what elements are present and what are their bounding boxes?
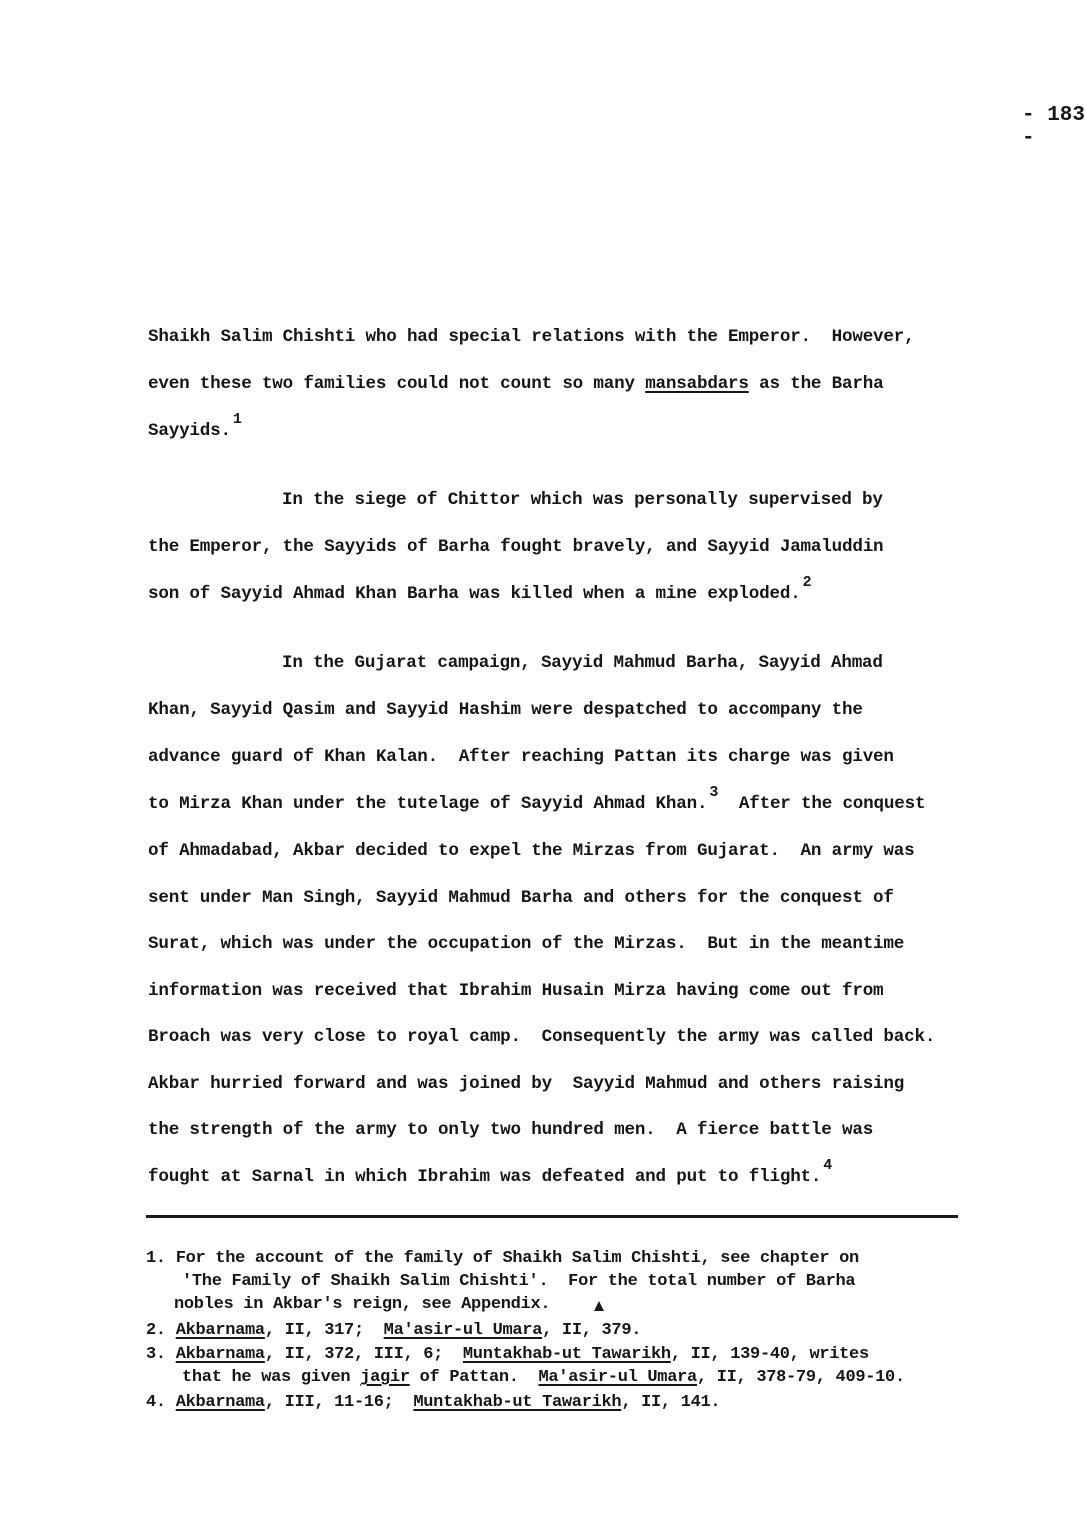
footnote-4: 4. Akbarnama, III, 11-16; Muntakhab-ut T… bbox=[146, 1394, 720, 1411]
footnote-3: 3. Akbarnama, II, 372, III, 6; Muntakhab… bbox=[146, 1346, 869, 1363]
body-line: advance guard of Khan Kalan. After reach… bbox=[148, 749, 894, 767]
source-title: Akbarnama bbox=[176, 1321, 265, 1340]
source-title: Akbarnama bbox=[176, 1393, 265, 1412]
footnote-marker: 2 bbox=[803, 574, 812, 591]
body-line: the Emperor, the Sayyids of Barha fought… bbox=[148, 539, 883, 557]
footnote-1: 1. For the account of the family of Shai… bbox=[146, 1250, 859, 1267]
footnote-1-cont: 'The Family of Shaikh Salim Chishti'. Fo… bbox=[182, 1273, 855, 1290]
footnote-marker: 4 bbox=[823, 1157, 832, 1174]
text: son of Sayyid Ahmad Khan Barha was kille… bbox=[148, 584, 801, 604]
footnote-marker: 1 bbox=[233, 411, 242, 428]
body-line: sent under Man Singh, Sayyid Mahmud Barh… bbox=[148, 890, 894, 908]
text: , II, 379. bbox=[542, 1321, 641, 1340]
body-line: Akbar hurried forward and was joined by … bbox=[148, 1076, 904, 1094]
footnote-2: 2. Akbarnama, II, 317; Ma'asir-ul Umara,… bbox=[146, 1322, 641, 1339]
body-line: to Mirza Khan under the tutelage of Sayy… bbox=[148, 796, 925, 814]
body-line: the strength of the army to only two hun… bbox=[148, 1122, 873, 1140]
source-title: Muntakhab-ut Tawarikh bbox=[463, 1345, 671, 1364]
body-line: of Ahmadabad, Akbar decided to expel the… bbox=[148, 843, 915, 861]
body-line: Surat, which was under the occupation of… bbox=[148, 936, 904, 954]
source-title: Ma'asir-ul Umara bbox=[384, 1321, 542, 1340]
text: , II, 141. bbox=[621, 1393, 720, 1412]
text: , III, 11-16; bbox=[265, 1393, 414, 1412]
text: , II, 317; bbox=[265, 1321, 384, 1340]
text: , II, 139-40, writes bbox=[671, 1345, 869, 1364]
text: that he was given bbox=[182, 1368, 360, 1387]
body-line: Sayyids.1 bbox=[148, 423, 242, 441]
source-title: Ma'asir-ul Umara bbox=[538, 1368, 696, 1387]
body-line: information was received that Ibrahim Hu… bbox=[148, 983, 883, 1001]
source-title: Muntakhab-ut Tawarikh bbox=[413, 1393, 621, 1412]
text: Sayyids. bbox=[148, 421, 231, 441]
body-line: In the Gujarat campaign, Sayyid Mahmud B… bbox=[282, 655, 883, 673]
underlined-term: mansabdars bbox=[645, 374, 749, 394]
footnote-number: 3. bbox=[146, 1345, 176, 1364]
body-line: even these two families could not count … bbox=[148, 376, 883, 394]
body-line: In the siege of Chittor which was person… bbox=[282, 492, 883, 510]
text: After the conquest bbox=[718, 794, 925, 814]
source-title: Akbarnama bbox=[176, 1345, 265, 1364]
text: , II, 378-79, 409-10. bbox=[697, 1368, 905, 1387]
footnote-number: 4. bbox=[146, 1393, 176, 1412]
body-line: Broach was very close to royal camp. Con… bbox=[148, 1029, 935, 1047]
insertion-caret-mark bbox=[594, 1301, 604, 1311]
body-line: Khan, Sayyid Qasim and Sayyid Hashim wer… bbox=[148, 702, 863, 720]
footnote-1-cont: nobles in Akbar's reign, see Appendix. bbox=[174, 1296, 550, 1313]
underlined-term: jagir bbox=[360, 1368, 410, 1387]
footnote-number: 2. bbox=[146, 1321, 176, 1340]
text: fought at Sarnal in which Ibrahim was de… bbox=[148, 1167, 821, 1187]
page-number: - 183 - bbox=[1022, 104, 1086, 150]
footnote-3-cont: that he was given jagir of Pattan. Ma'as… bbox=[182, 1369, 905, 1386]
footnote-marker: 3 bbox=[709, 784, 718, 801]
footnote-separator bbox=[146, 1215, 958, 1218]
text: as the Barha bbox=[749, 374, 884, 394]
text: of Pattan. bbox=[410, 1368, 539, 1387]
body-line: fought at Sarnal in which Ibrahim was de… bbox=[148, 1169, 832, 1187]
text: to Mirza Khan under the tutelage of Sayy… bbox=[148, 794, 707, 814]
text: , II, 372, III, 6; bbox=[265, 1345, 463, 1364]
body-line: son of Sayyid Ahmad Khan Barha was kille… bbox=[148, 586, 811, 604]
text: even these two families could not count … bbox=[148, 374, 645, 394]
body-line: Shaikh Salim Chishti who had special rel… bbox=[148, 329, 915, 347]
